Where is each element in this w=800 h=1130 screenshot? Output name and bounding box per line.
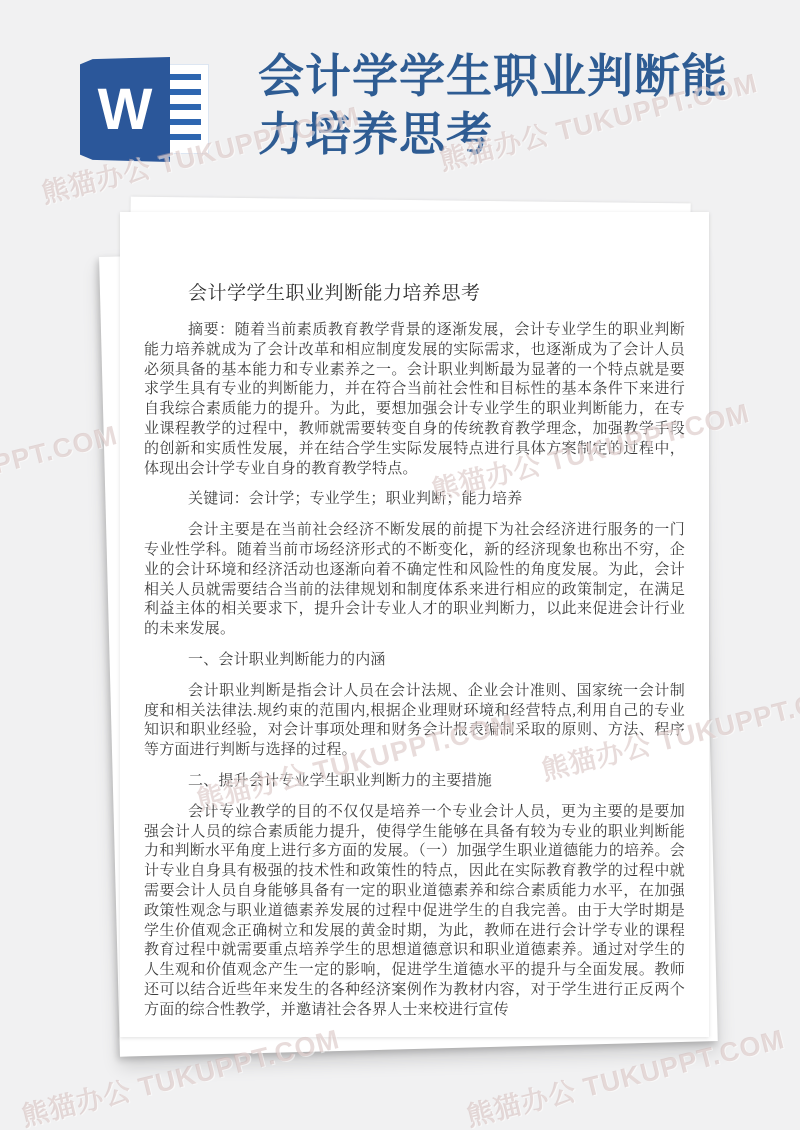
document-section-heading-2: 二、提升会计专业学生职业判断力的主要措施 xyxy=(144,772,685,792)
document-section-heading-1: 一、会计职业判断能力的内涵 xyxy=(144,651,685,671)
word-file-icon: W xyxy=(80,57,212,162)
document-paragraph-abstract: 摘要：随着当前素质教育教学背景的逐渐发展，会计专业学生的职业判断能力培养就成为了… xyxy=(144,321,685,479)
document-preview-page: 会计学学生职业判断能力培养思考 摘要：随着当前素质教育教学背景的逐渐发展，会计专… xyxy=(120,212,709,1037)
document-heading: 会计学学生职业判断能力培养思考 xyxy=(144,278,685,305)
document-paragraph: 会计专业教学的目的不仅仅是培养一个专业会计人员，更为主要的是要加强会计人员的综合… xyxy=(144,803,685,1021)
word-icon-letter: W xyxy=(98,81,153,139)
page-background: W 会计学学生职业判断能力培养思考 会计学学生职业判断能力培养思考 摘要：随着当… xyxy=(0,0,800,1130)
document-paragraph-keywords: 关键词：会计学；专业学生；职业判断；能力培养 xyxy=(144,490,685,510)
document-paragraph: 会计职业判断是指会计人员在会计法规、企业会计准则、国家统一会计制度和相关法律法.… xyxy=(144,682,685,761)
page-title: 会计学学生职业判断能力培养思考 xyxy=(258,48,728,164)
word-icon-cover: W xyxy=(80,57,170,162)
document-paragraph: 会计主要是在当前社会经济不断发展的前提下为社会经济进行服务的一门专业性学科。随着… xyxy=(144,521,685,640)
